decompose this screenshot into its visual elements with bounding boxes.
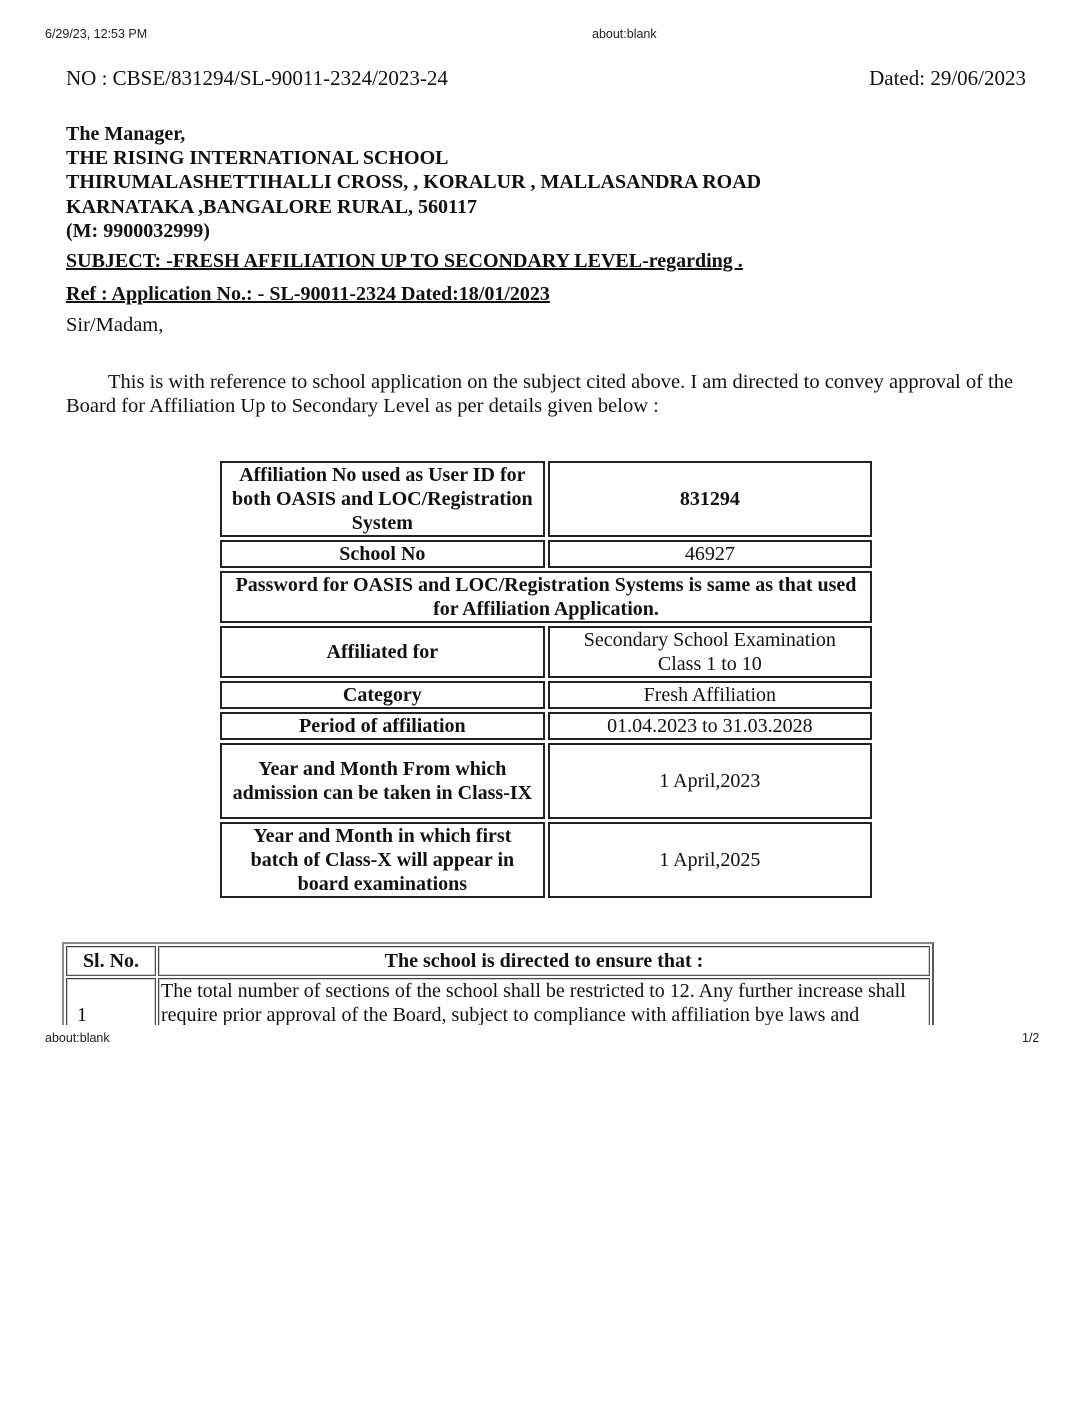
table-row: Password for OASIS and LOC/Registration … (220, 571, 872, 623)
school-no-value: 46927 (548, 540, 872, 568)
first-batch-label: Year and Month in which first batch of C… (220, 822, 545, 898)
school-no-label: School No (220, 540, 545, 568)
letter-subject: SUBJECT: -FRESH AFFILIATION UP TO SECOND… (66, 250, 743, 273)
print-footer-page-number: 1/2 (1022, 1031, 1039, 1045)
table-row: Year and Month in which first batch of C… (220, 822, 872, 898)
column-header-direction: The school is directed to ensure that : (158, 946, 930, 976)
address-line: The Manager, (66, 122, 761, 146)
address-line: KARNATAKA ,BANGALORE RURAL, 560117 (66, 195, 761, 219)
body-paragraph: This is with reference to school applica… (66, 370, 1036, 418)
application-reference: Ref : Application No.: - SL-90011-2324 D… (66, 283, 550, 306)
admission-value: 1 April,2023 (548, 743, 872, 819)
address-line: (M: 9900032999) (66, 219, 761, 243)
recipient-address: The Manager, THE RISING INTERNATIONAL SC… (66, 122, 761, 243)
password-note: Password for OASIS and LOC/Registration … (220, 571, 872, 623)
address-line: THIRUMALASHETTIHALLI CROSS, , KORALUR , … (66, 170, 761, 194)
affiliated-for-value-line: Class 1 to 10 (556, 652, 864, 676)
first-batch-value: 1 April,2025 (548, 822, 872, 898)
print-footer-url: about:blank (45, 1031, 110, 1045)
column-header-sl-no: Sl. No. (66, 946, 156, 976)
affiliation-no-label: Affiliation No used as User ID for both … (220, 461, 545, 537)
table-row: Period of affiliation 01.04.2023 to 31.0… (220, 712, 872, 740)
affiliated-for-label: Affiliated for (220, 626, 545, 678)
salutation: Sir/Madam, (66, 314, 163, 337)
letter-date: Dated: 29/06/2023 (869, 66, 1026, 91)
table-header-row: Sl. No. The school is directed to ensure… (66, 946, 930, 976)
affiliated-for-value-line: Secondary School Examination (556, 628, 864, 652)
admission-label: Year and Month From which admission can … (220, 743, 545, 819)
table-row: Affiliation No used as User ID for both … (220, 461, 872, 537)
print-header-datetime: 6/29/23, 12:53 PM (45, 27, 147, 41)
affiliation-no-value: 831294 (548, 461, 872, 537)
category-value: Fresh Affiliation (548, 681, 872, 709)
print-header-url: about:blank (592, 27, 657, 41)
table-row: Year and Month From which admission can … (220, 743, 872, 819)
letter-reference-line: NO : CBSE/831294/SL-90011-2324/2023-24 D… (66, 66, 1026, 91)
period-label: Period of affiliation (220, 712, 545, 740)
letter-number: NO : CBSE/831294/SL-90011-2324/2023-24 (66, 66, 448, 91)
affiliation-details-table: Affiliation No used as User ID for both … (220, 458, 872, 901)
category-label: Category (220, 681, 545, 709)
table-row: School No 46927 (220, 540, 872, 568)
affiliated-for-value: Secondary School Examination Class 1 to … (548, 626, 872, 678)
table-row: Category Fresh Affiliation (220, 681, 872, 709)
address-line: THE RISING INTERNATIONAL SCHOOL (66, 146, 761, 170)
table-row: Affiliated for Secondary School Examinat… (220, 626, 872, 678)
period-value: 01.04.2023 to 31.03.2028 (548, 712, 872, 740)
